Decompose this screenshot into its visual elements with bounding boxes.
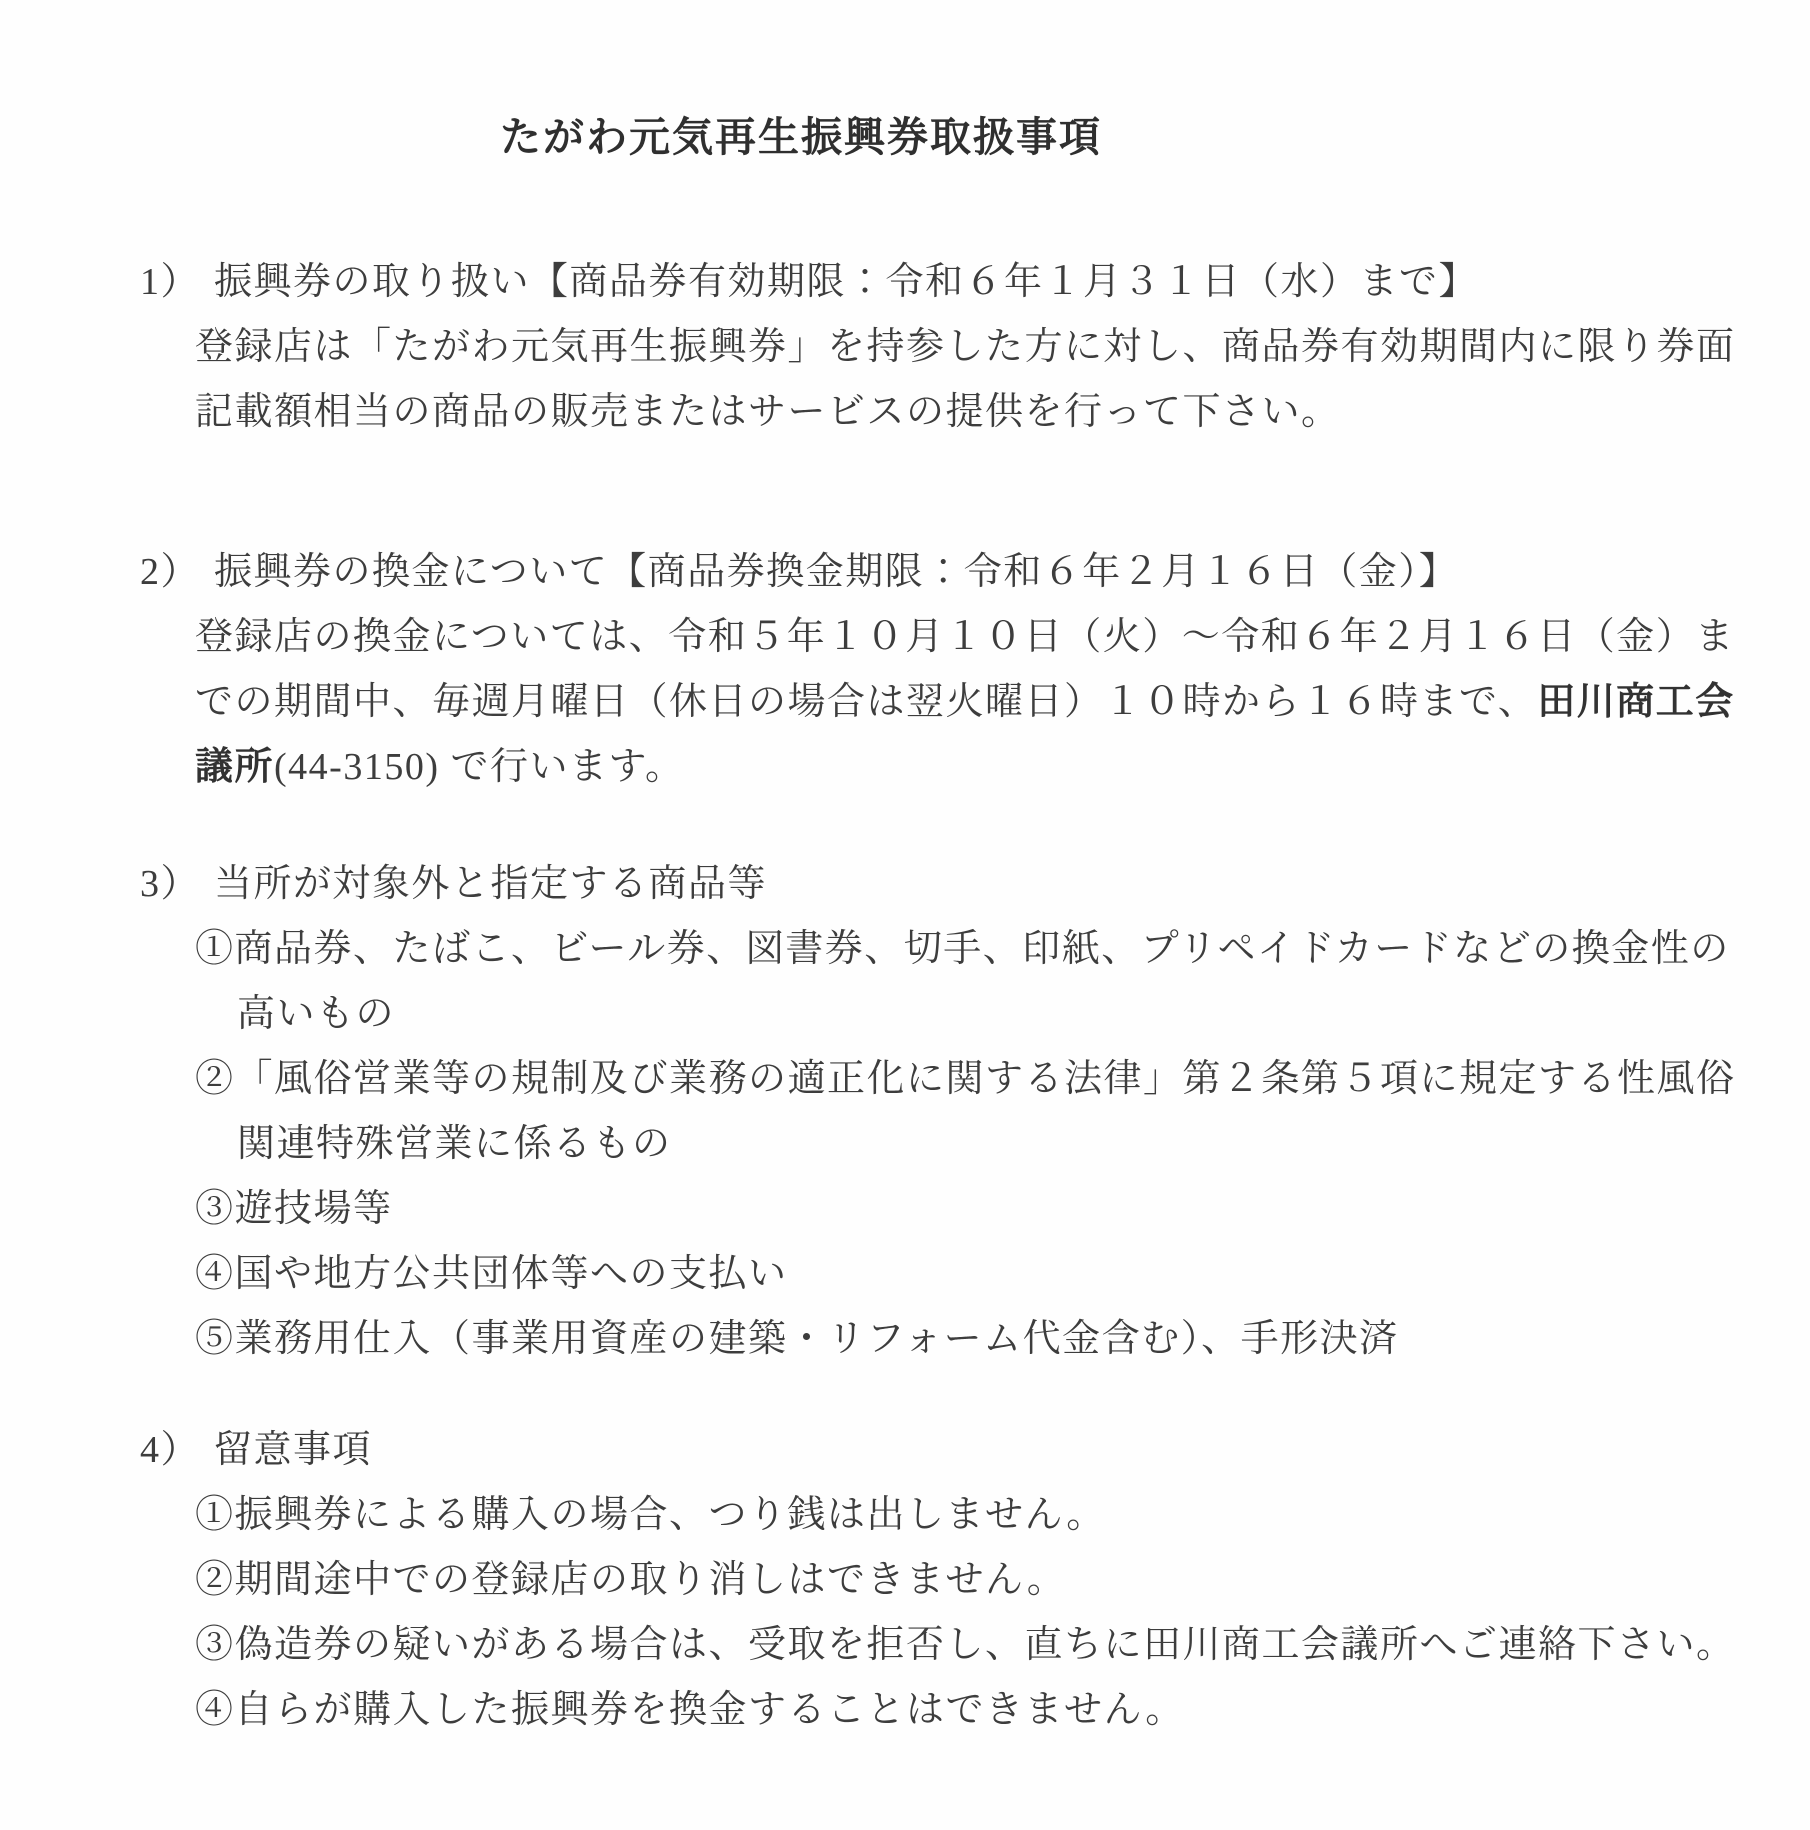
list-item: ①振興券による購入の場合、つり銭は出しません。 xyxy=(195,1483,1750,1548)
section-notes: 4）留意事項 ①振興券による購入の場合、つり銭は出しません。 ②期間途中での登録… xyxy=(140,1418,1750,1743)
list-item: ②期間途中での登録店の取り消しはできません。 xyxy=(195,1548,1750,1613)
section-number: 2） xyxy=(140,540,200,605)
body-line: 登録店は「たがわ元気再生振興券」を持参した方に対し、商品券有効期間内に限り券面 xyxy=(195,315,1750,380)
body-line: 議所(44-3150) で行います。 xyxy=(195,735,1750,800)
document-title: たがわ元気再生振興券取扱事項 xyxy=(500,105,1750,170)
body-text: での期間中、毎週月曜日（休日の場合は翌火曜日）１０時から１６時まで、 xyxy=(195,681,1537,723)
body-line: 登録店の換金については、令和５年１０月１０日（火）～令和６年２月１６日（金）ま xyxy=(195,605,1750,670)
section-heading: 3）当所が対象外と指定する商品等 xyxy=(140,852,1750,917)
section-number: 3） xyxy=(140,852,200,917)
body-line: 記載額相当の商品の販売またはサービスの提供を行って下さい。 xyxy=(195,380,1750,445)
section-voucher-redemption: 2）振興券の換金について【商品券換金期限：令和６年２月１６日（金）】 登録店の換… xyxy=(140,540,1750,800)
section-heading: 4）留意事項 xyxy=(140,1418,1750,1483)
body-line: での期間中、毎週月曜日（休日の場合は翌火曜日）１０時から１６時まで、田川商工会 xyxy=(195,670,1750,735)
list-item: ②「風俗営業等の規制及び業務の適正化に関する法律」第２条第５項に規定する性風俗 xyxy=(195,1047,1750,1112)
section-heading-text: 振興券の換金について【商品券換金期限：令和６年２月１６日（金）】 xyxy=(214,551,1458,593)
list-item: ③偽造券の疑いがある場合は、受取を拒否し、直ちに田川商工会議所へご連絡下さい。 xyxy=(195,1613,1750,1678)
list-item: ④自らが購入した振興券を換金することはできません。 xyxy=(195,1678,1750,1743)
section-heading-text: 当所が対象外と指定する商品等 xyxy=(214,863,767,905)
section-heading-text: 振興券の取り扱い【商品券有効期限：令和６年１月３１日（水）まで】 xyxy=(214,261,1478,303)
section-heading-text: 留意事項 xyxy=(214,1429,372,1471)
list-item: ③遊技場等 xyxy=(195,1177,1750,1242)
document-page: たがわ元気再生振興券取扱事項 1）振興券の取り扱い【商品券有効期限：令和６年１月… xyxy=(0,0,1810,1830)
section-number: 1） xyxy=(140,250,200,315)
section-heading: 2）振興券の換金について【商品券換金期限：令和６年２月１６日（金）】 xyxy=(140,540,1750,605)
chamber-name-bold: 田川商工会 xyxy=(1537,681,1735,723)
list-item-continuation: 関連特殊営業に係るもの xyxy=(237,1112,1750,1177)
list-item: ④国や地方公共団体等への支払い xyxy=(195,1242,1750,1307)
list-item: ①商品券、たばこ、ビール券、図書券、切手、印紙、プリペイドカードなどの換金性の xyxy=(195,917,1750,982)
section-voucher-handling: 1）振興券の取り扱い【商品券有効期限：令和６年１月３１日（水）まで】 登録店は「… xyxy=(140,250,1750,445)
section-excluded-items: 3）当所が対象外と指定する商品等 ①商品券、たばこ、ビール券、図書券、切手、印紙… xyxy=(140,852,1750,1372)
list-item-continuation: 高いもの xyxy=(237,982,1750,1047)
section-number: 4） xyxy=(140,1418,200,1483)
list-item: ⑤業務用仕入（事業用資産の建築・リフォーム代金含む）、手形決済 xyxy=(195,1307,1750,1372)
section-heading: 1）振興券の取り扱い【商品券有効期限：令和６年１月３１日（水）まで】 xyxy=(140,250,1750,315)
phone-number: (44-3150) で行います。 xyxy=(274,746,684,788)
chamber-name-bold: 議所 xyxy=(195,746,274,788)
